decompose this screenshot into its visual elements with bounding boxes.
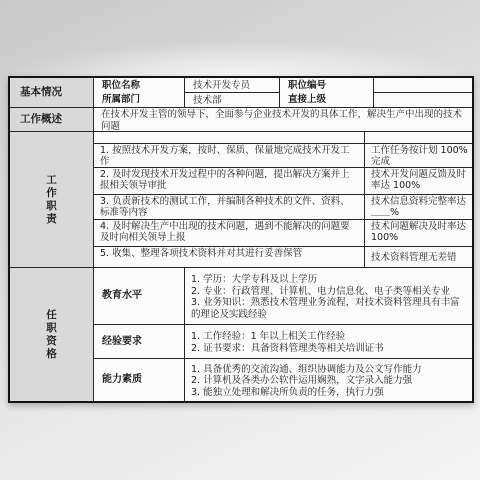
duty-row-2: 2. 及时发现技术开发过程中的各种问题，提出解决方案并上报相关领导审批 技术开发… [94, 168, 472, 195]
position-name-value: 技术开发专员 [185, 78, 279, 93]
job-summary-text: 在技术开发主管的领导下，全面参与企业技术开发的具体工作，解决生产中出现的技术问题 [94, 108, 472, 131]
department-label: 所属部门 [102, 93, 184, 107]
duty-2-text: 2. 及时发现技术开发过程中的各种问题，提出解决方案并上报相关领导审批 [94, 168, 365, 194]
basic-info-section: 基本情况 职位名称 所属部门 技术开发专员 技术部 职位编号 直接上级 [10, 78, 472, 108]
qualifications-section-label: 任 职 资 格 [10, 268, 94, 401]
position-name-department-values: 技术开发专员 技术部 [185, 78, 280, 107]
position-number-supervisor-values [374, 78, 472, 107]
duty-row-1: 1. 按照技术开发方案，按时、保质、保量地完成技术开发工作 工作任务按计划 10… [94, 144, 472, 168]
position-name-department-labels: 职位名称 所属部门 [94, 78, 185, 107]
job-summary-section-label: 工作概述 [10, 108, 94, 131]
position-number-supervisor-labels: 职位编号 直接上级 [280, 78, 374, 107]
basic-info-section-label: 基本情况 [10, 78, 94, 107]
duty-5-kpi: 技术资料管理无差错 [365, 247, 472, 267]
education-label: 教育水平 [94, 268, 185, 324]
duty-2-kpi: 技术开发问题反馈及时率达 100% [365, 168, 472, 194]
supervisor-value [374, 93, 472, 108]
position-number-value [374, 78, 472, 93]
abilities-label: 能力素质 [94, 359, 185, 401]
abilities-content: 1. 具备优秀的交流沟通、组织协调能力及公文写作能力 2. 计算机及各类办公软件… [185, 359, 472, 401]
scanned-document-page: { "theme": { "section_header_bg": "#d9d9… [0, 0, 480, 480]
position-number-label: 职位编号 [288, 79, 373, 93]
duty-4-text: 4. 及时解决生产中出现的技术问题，遇到不能解决的问题要及时向相关领导上报 [94, 220, 365, 247]
duty-row-4: 4. 及时解决生产中出现的技术问题，遇到不能解决的问题要及时向相关领导上报 技术… [94, 220, 472, 248]
duty-4-kpi: 技术问题解决及时率达 100% [365, 220, 472, 247]
abilities-row: 能力素质 1. 具备优秀的交流沟通、组织协调能力及公文写作能力 2. 计算机及各… [94, 359, 472, 401]
duty-1-text: 1. 按照技术开发方案，按时、保质、保量地完成技术开发工作 [94, 144, 365, 167]
duty-1-kpi: 工作任务按计划 100%完成 [365, 144, 472, 167]
supervisor-label: 直接上级 [288, 93, 373, 107]
job-description-table: 基本情况 职位名称 所属部门 技术开发专员 技术部 职位编号 直接上级 工作概述… [8, 76, 474, 403]
duties-section: 工 作 职 责 1. 按照技术开发方案，按时、保质、保量地完成技术开发工作 工作… [10, 132, 472, 268]
experience-label: 经验要求 [94, 325, 185, 358]
department-value: 技术部 [185, 93, 279, 108]
qualifications-section: 任 职 资 格 教育水平 1. 学历：大学专科及以上学历 2. 专业：行政管理、… [10, 268, 472, 401]
qualification-rows: 教育水平 1. 学历：大学专科及以上学历 2. 专业：行政管理、计算机、电力信息… [94, 268, 472, 401]
paper-lighting-highlight [0, 40, 480, 80]
experience-content: 1. 工作经验：1 年以上相关工作经验 2. 证书要求：具备资料管理类等相关培训… [185, 325, 472, 358]
duty-row-3: 3. 负责新技术的测试工作，并编制各种技术的文件、资料、标准等内容 技术信息资料… [94, 195, 472, 220]
experience-row: 经验要求 1. 工作经验：1 年以上相关工作经验 2. 证书要求：具备资料管理类… [94, 325, 472, 359]
duties-section-label: 工 作 职 责 [10, 132, 94, 267]
education-row: 教育水平 1. 学历：大学专科及以上学历 2. 专业：行政管理、计算机、电力信息… [94, 268, 472, 325]
duties-rows: 1. 按照技术开发方案，按时、保质、保量地完成技术开发工作 工作任务按计划 10… [94, 132, 472, 267]
job-summary-section: 工作概述 在技术开发主管的领导下，全面参与企业技术开发的具体工作，解决生产中出现… [10, 108, 472, 132]
duties-spacer-row [94, 132, 472, 144]
duty-5-text: 5. 收集、整理各项技术资料并对其进行妥善保管 [94, 247, 365, 267]
education-content: 1. 学历：大学专科及以上学历 2. 专业：行政管理、计算机、电力信息化、电子类… [185, 268, 472, 324]
duty-3-kpi: 技术信息资料完整率达＿＿% [365, 195, 472, 219]
position-name-label: 职位名称 [102, 79, 184, 93]
duty-3-text: 3. 负责新技术的测试工作，并编制各种技术的文件、资料、标准等内容 [94, 195, 365, 219]
duty-row-5: 5. 收集、整理各项技术资料并对其进行妥善保管 技术资料管理无差错 [94, 247, 472, 267]
